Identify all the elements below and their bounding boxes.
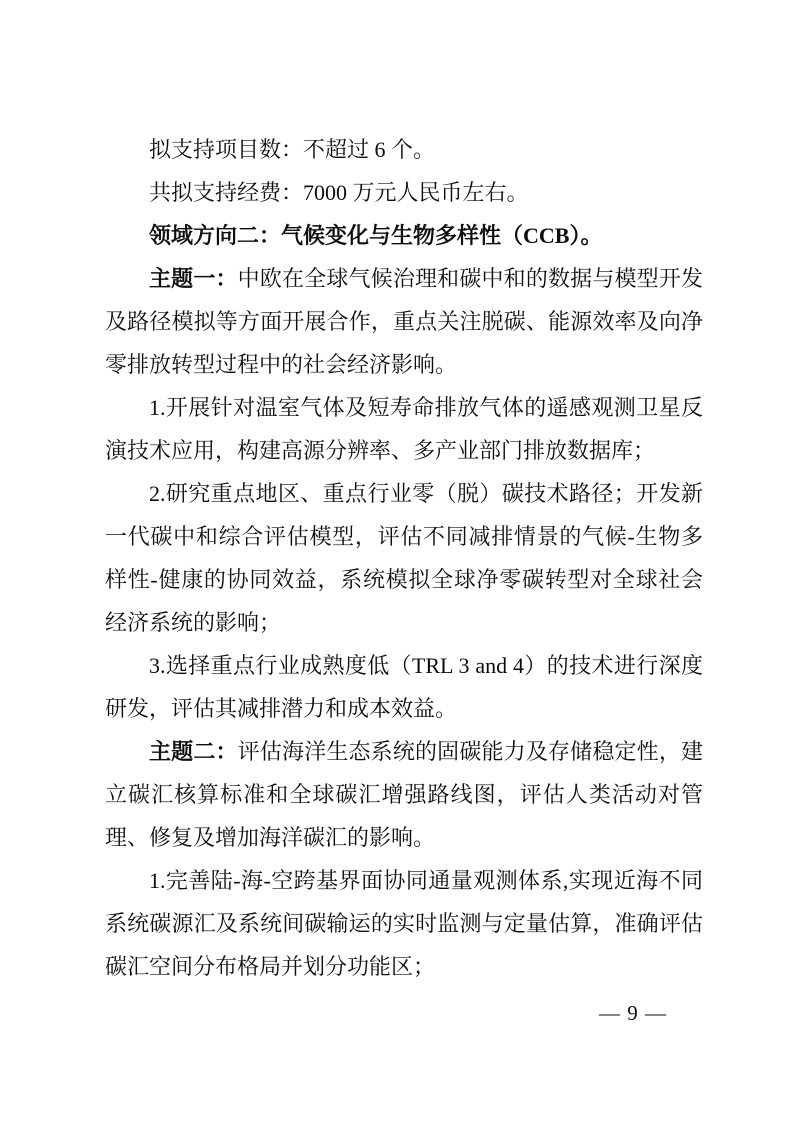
page-number: — 9 —: [599, 1000, 667, 1026]
paragraph-text: 2.研究重点地区、重点行业零（脱）碳技术路径；开发新一代碳中和综合评估模型，评估…: [105, 481, 703, 635]
paragraph-text: 共拟支持经费：7000 万元人民币左右。: [149, 180, 529, 205]
para-topic1-item-2: 2.研究重点地区、重点行业零（脱）碳技术路径；开发新一代碳中和综合评估模型，评估…: [105, 472, 703, 644]
document-body: 拟支持项目数：不超过 6 个。 共拟支持经费：7000 万元人民币左右。 领域方…: [105, 128, 703, 988]
para-project-count: 拟支持项目数：不超过 6 个。: [105, 128, 703, 171]
heading-text: 领域方向二：气候变化与生物多样性（CCB）。: [149, 223, 602, 248]
paragraph-text: 1.完善陆-海-空跨基界面协同通量观测体系,实现近海不同系统碳源汇及系统间碳输运…: [105, 868, 703, 979]
paragraph-text: 拟支持项目数：不超过 6 个。: [149, 137, 435, 162]
paragraph-text: 3.选择重点行业成熟度低（TRL 3 and 4）的技术进行深度研发，评估其减排…: [105, 653, 703, 721]
topic-1-label: 主题一：: [149, 266, 238, 291]
para-total-funding: 共拟支持经费：7000 万元人民币左右。: [105, 171, 703, 214]
para-topic-1: 主题一：中欧在全球气候治理和碳中和的数据与模型开发及路径模拟等方面开展合作，重点…: [105, 257, 703, 386]
document-page: 拟支持项目数：不超过 6 个。 共拟支持经费：7000 万元人民币左右。 领域方…: [0, 0, 794, 1123]
para-topic1-item-3: 3.选择重点行业成熟度低（TRL 3 and 4）的技术进行深度研发，评估其减排…: [105, 644, 703, 730]
heading-field-direction-2: 领域方向二：气候变化与生物多样性（CCB）。: [105, 214, 703, 257]
para-topic2-item-1: 1.完善陆-海-空跨基界面协同通量观测体系,实现近海不同系统碳源汇及系统间碳输运…: [105, 859, 703, 988]
para-topic1-item-1: 1.开展针对温室气体及短寿命排放气体的遥感观测卫星反演技术应用，构建高源分辨率、…: [105, 386, 703, 472]
paragraph-text: 1.开展针对温室气体及短寿命排放气体的遥感观测卫星反演技术应用，构建高源分辨率、…: [105, 395, 703, 463]
para-topic-2: 主题二：评估海洋生态系统的固碳能力及存储稳定性，建立碳汇核算标准和全球碳汇增强路…: [105, 730, 703, 859]
topic-2-label: 主题二：: [149, 739, 238, 764]
